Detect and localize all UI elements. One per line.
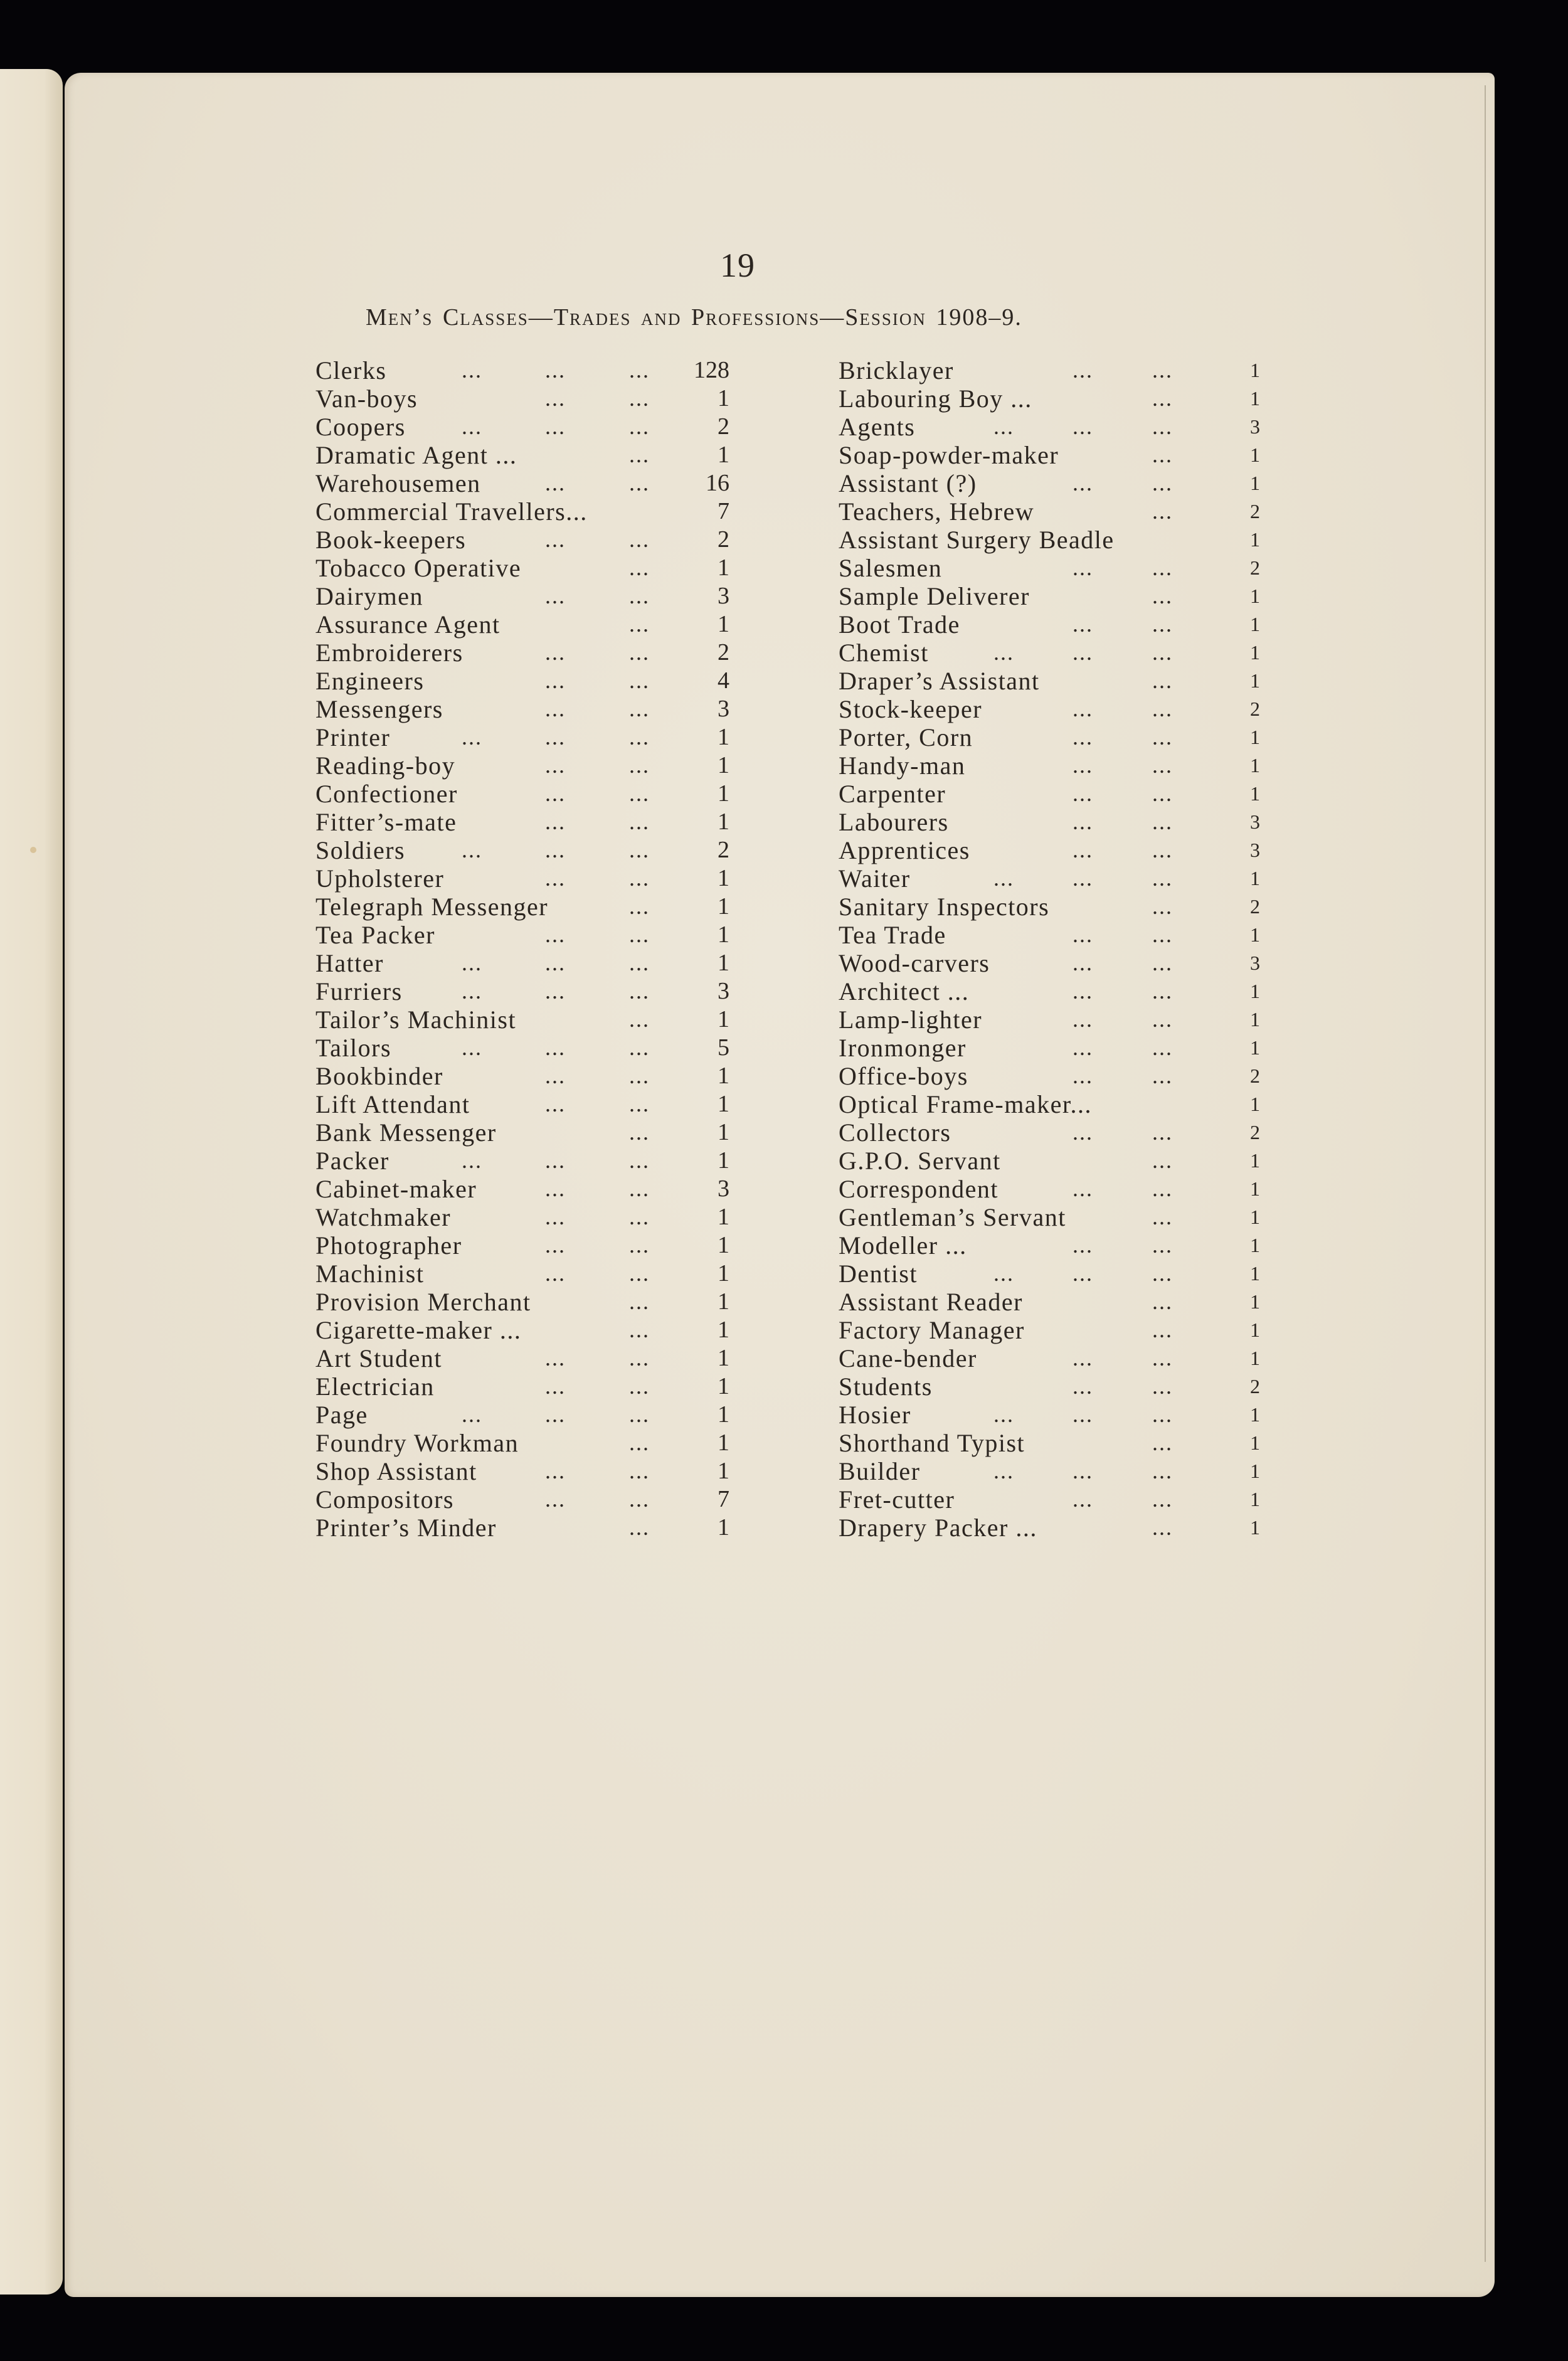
leader-dot-group: ...: [629, 893, 650, 921]
leader-dot-group: ...: [629, 751, 650, 780]
occupation-count: 2: [718, 639, 729, 667]
occupation-count: 1: [718, 1005, 729, 1034]
leader-dot-group: ...: [1152, 949, 1173, 977]
table-row: Assistant Reader...1: [839, 1288, 1260, 1316]
page-number: 19: [720, 246, 755, 285]
occupation-name: Sample Deliverer: [839, 582, 1030, 610]
occupation-name: Porter, Corn: [839, 723, 973, 751]
leader-dot-group: ...: [1152, 1401, 1173, 1429]
leader-dot-group: ...: [545, 1231, 566, 1260]
occupation-name: Builder: [839, 1457, 920, 1485]
occupation-name: Wood-carvers: [839, 949, 990, 977]
occupation-count: 2: [1250, 893, 1260, 921]
leader-dot-group: ...: [629, 949, 650, 977]
leader-dot-group: ...: [545, 723, 566, 751]
leader-dot-group: ...: [545, 921, 566, 949]
table-row: Correspondent......1: [839, 1175, 1260, 1203]
occupation-count: 1: [718, 554, 729, 582]
table-row: Sanitary Inspectors...2: [839, 893, 1260, 921]
table-row: Warehousemen......16: [315, 469, 729, 497]
leader-dot-group: ...: [462, 977, 482, 1005]
occupation-name: Assistant (?): [839, 469, 977, 497]
table-row: Lamp-lighter......1: [839, 1005, 1260, 1034]
table-row: Waiter.........1: [839, 864, 1260, 893]
table-row: Furriers.........3: [315, 977, 729, 1005]
occupation-count: 3: [718, 1175, 729, 1203]
leader-dot-group: ...: [629, 1203, 650, 1231]
occupation-name: Hatter: [315, 949, 384, 977]
leader-dot-group: ...: [1073, 1344, 1093, 1372]
occupation-count: 1: [718, 610, 729, 639]
occupation-name: G.P.O. Servant: [839, 1147, 1001, 1175]
occupation-name: Tea Packer: [315, 921, 435, 949]
leader-dot-group: ...: [545, 1203, 566, 1231]
leader-dot-group: ...: [545, 780, 566, 808]
leader-dot-group: ...: [545, 526, 566, 554]
occupation-count: 1: [1250, 1090, 1260, 1118]
leader-dot-group: ...: [629, 1118, 650, 1147]
leader-dot-group: ...: [1152, 1062, 1173, 1090]
occupation-name: Cabinet-maker: [315, 1175, 477, 1203]
leader-dot-group: ...: [1073, 610, 1093, 639]
table-row: Tailor’s Machinist...1: [315, 1005, 729, 1034]
table-row: Factory Manager...1: [839, 1316, 1260, 1344]
occupation-count: 2: [718, 413, 729, 441]
table-row: Labouring Boy ......1: [839, 385, 1260, 413]
occupation-count: 1: [1250, 921, 1260, 949]
table-row: Commercial Travellers...7: [315, 497, 729, 526]
table-row: Confectioner......1: [315, 780, 729, 808]
leader-dot-group: ...: [1152, 1203, 1173, 1231]
leader-dot-group: ...: [629, 469, 650, 497]
occupation-name: Printer: [315, 723, 390, 751]
occupation-count: 2: [1250, 1062, 1260, 1090]
leader-dot-group: ...: [629, 864, 650, 893]
occupation-name: Bricklayer: [839, 356, 954, 385]
leader-dot-group: ...: [1152, 695, 1173, 723]
occupation-name: Coopers: [315, 413, 406, 441]
occupation-count: 1: [718, 1429, 729, 1457]
occupation-name: Office-boys: [839, 1062, 968, 1090]
occupation-count: 1: [1250, 582, 1260, 610]
occupation-count: 2: [1250, 497, 1260, 526]
occupation-count: 2: [1250, 1118, 1260, 1147]
leader-dot-group: ...: [1073, 751, 1093, 780]
table-row: Engineers......4: [315, 667, 729, 695]
occupation-count: 1: [718, 1316, 729, 1344]
table-row: Page.........1: [315, 1401, 729, 1429]
leader-dot-group: ...: [1152, 667, 1173, 695]
occupation-name: Bookbinder: [315, 1062, 443, 1090]
occupation-name: Art Student: [315, 1344, 442, 1372]
right-column-table: Bricklayer......1Labouring Boy ......1Ag…: [839, 356, 1260, 1542]
leader-dot-group: ...: [545, 385, 566, 413]
occupation-count: 7: [718, 1485, 729, 1514]
occupation-name: Assistant Surgery Beadle: [839, 526, 1115, 554]
occupation-name: Waiter: [839, 864, 911, 893]
leader-dot-group: ...: [1152, 356, 1173, 385]
occupation-count: 1: [1250, 385, 1260, 413]
occupation-count: 1: [1250, 723, 1260, 751]
leader-dot-group: ...: [545, 949, 566, 977]
table-row: Handy-man......1: [839, 751, 1260, 780]
table-row: Machinist......1: [315, 1260, 729, 1288]
occupation-name: Commercial Travellers...: [315, 497, 588, 526]
leader-dot-group: ...: [629, 1034, 650, 1062]
occupation-name: Messengers: [315, 695, 443, 723]
leader-dot-group: ...: [545, 1090, 566, 1118]
leader-dot-group: ...: [545, 582, 566, 610]
occupation-name: Packer: [315, 1147, 389, 1175]
table-row: Carpenter......1: [839, 780, 1260, 808]
leader-dot-group: ...: [1152, 1147, 1173, 1175]
occupation-count: 1: [718, 385, 729, 413]
leader-dot-group: ...: [1152, 1372, 1173, 1401]
occupation-count: 1: [718, 1288, 729, 1316]
leader-dot-group: ...: [629, 836, 650, 864]
table-row: Watchmaker......1: [315, 1203, 729, 1231]
leader-dot-group: ...: [629, 639, 650, 667]
table-row: Photographer......1: [315, 1231, 729, 1260]
leader-dot-group: ...: [1152, 1231, 1173, 1260]
occupation-count: 1: [1250, 1147, 1260, 1175]
leader-dot-group: ...: [1073, 780, 1093, 808]
occupation-name: Modeller ...: [839, 1231, 967, 1260]
occupation-name: Embroiderers: [315, 639, 464, 667]
occupation-count: 1: [718, 1514, 729, 1542]
leader-dot-group: ...: [629, 1457, 650, 1485]
occupation-count: 1: [718, 893, 729, 921]
leader-dot-group: ...: [1152, 582, 1173, 610]
leader-dot-group: ...: [1073, 949, 1093, 977]
page-edge-line: [1485, 85, 1486, 2262]
occupation-count: 3: [718, 582, 729, 610]
table-row: Soap-powder-maker...1: [839, 441, 1260, 469]
leader-dot-group: ...: [545, 413, 566, 441]
table-row: Bank Messenger...1: [315, 1118, 729, 1147]
table-row: Hatter.........1: [315, 949, 729, 977]
occupation-count: 1: [1250, 1514, 1260, 1542]
occupation-name: Cigarette-maker ...: [315, 1316, 521, 1344]
occupation-name: Fitter’s-mate: [315, 808, 457, 836]
leader-dot-group: ...: [545, 1175, 566, 1203]
leader-dot-group: ...: [1073, 1118, 1093, 1147]
occupation-name: Machinist: [315, 1260, 424, 1288]
occupation-count: 1: [718, 1231, 729, 1260]
table-row: Collectors......2: [839, 1118, 1260, 1147]
leader-dot-group: ...: [1073, 1231, 1093, 1260]
leader-dot-group: ...: [1073, 1457, 1093, 1485]
occupation-count: 3: [1250, 949, 1260, 977]
occupation-count: 1: [718, 949, 729, 977]
occupation-name: Dentist: [839, 1260, 918, 1288]
leader-dot-group: ...: [1073, 977, 1093, 1005]
leader-dot-group: ...: [993, 413, 1014, 441]
leader-dot-group: ...: [545, 836, 566, 864]
leader-dot-group: ...: [629, 1514, 650, 1542]
leader-dot-group: ...: [629, 441, 650, 469]
occupation-name: Tailor’s Machinist: [315, 1005, 516, 1034]
leader-dot-group: ...: [1152, 1175, 1173, 1203]
table-row: Teachers, Hebrew...2: [839, 497, 1260, 526]
leader-dot-group: ...: [1152, 836, 1173, 864]
leader-dot-group: ...: [462, 1401, 482, 1429]
leader-dot-group: ...: [629, 1429, 650, 1457]
occupation-name: Bank Messenger: [315, 1118, 497, 1147]
leader-dot-group: ...: [545, 1457, 566, 1485]
leader-dot-group: ...: [1073, 554, 1093, 582]
occupation-count: 3: [1250, 836, 1260, 864]
occupation-count: 1: [718, 921, 729, 949]
occupation-count: 1: [1250, 639, 1260, 667]
table-row: Assistant Surgery Beadle1: [839, 526, 1260, 554]
occupation-count: 5: [718, 1034, 729, 1062]
leader-dot-group: ...: [1073, 356, 1093, 385]
occupation-count: 3: [1250, 413, 1260, 441]
leader-dot-group: ...: [1152, 554, 1173, 582]
occupation-count: 1: [1250, 667, 1260, 695]
leader-dot-group: ...: [545, 356, 566, 385]
table-row: Hosier.........1: [839, 1401, 1260, 1429]
table-row: Fret-cutter......1: [839, 1485, 1260, 1514]
leader-dot-group: ...: [1073, 469, 1093, 497]
table-row: Cabinet-maker......3: [315, 1175, 729, 1203]
occupation-count: 1: [1250, 1288, 1260, 1316]
leader-dot-group: ...: [629, 780, 650, 808]
occupation-count: 1: [1250, 751, 1260, 780]
leader-dot-group: ...: [629, 808, 650, 836]
occupation-count: 2: [718, 526, 729, 554]
leader-dot-group: ...: [1073, 695, 1093, 723]
table-row: Cane-bender......1: [839, 1344, 1260, 1372]
leader-dot-group: ...: [629, 1316, 650, 1344]
occupation-count: 1: [1250, 780, 1260, 808]
leader-dot-group: ...: [545, 864, 566, 893]
occupation-count: 1: [1250, 1316, 1260, 1344]
occupation-name: Architect ...: [839, 977, 969, 1005]
occupation-name: Dairymen: [315, 582, 423, 610]
occupation-name: Gentleman’s Servant: [839, 1203, 1066, 1231]
table-row: Foundry Workman...1: [315, 1429, 729, 1457]
leader-dot-group: ...: [1073, 1005, 1093, 1034]
occupation-name: Ironmonger: [839, 1034, 967, 1062]
leader-dot-group: ...: [629, 667, 650, 695]
occupation-count: 1: [1250, 1485, 1260, 1514]
table-row: Builder.........1: [839, 1457, 1260, 1485]
occupation-name: Chemist: [839, 639, 929, 667]
left-column-table: Clerks.........128Van-boys......1Coopers…: [315, 356, 729, 1542]
leader-dot-group: ...: [1152, 1034, 1173, 1062]
occupation-name: Dramatic Agent ...: [315, 441, 517, 469]
leader-dot-group: ...: [1073, 639, 1093, 667]
leader-dot-group: ...: [1152, 413, 1173, 441]
table-row: Shop Assistant......1: [315, 1457, 729, 1485]
leader-dot-group: ...: [545, 469, 566, 497]
occupation-name: Handy-man: [839, 751, 965, 780]
table-row: Provision Merchant...1: [315, 1288, 729, 1316]
table-row: Coopers.........2: [315, 413, 729, 441]
leader-dot-group: ...: [1152, 977, 1173, 1005]
leader-dot-group: ...: [1073, 1034, 1093, 1062]
occupation-count: 1: [718, 1062, 729, 1090]
occupation-count: 1: [718, 1147, 729, 1175]
occupation-count: 1: [718, 1401, 729, 1429]
occupation-name: Factory Manager: [839, 1316, 1025, 1344]
occupation-name: Shop Assistant: [315, 1457, 477, 1485]
occupation-name: Upholsterer: [315, 864, 444, 893]
table-row: G.P.O. Servant...1: [839, 1147, 1260, 1175]
occupation-count: 1: [718, 780, 729, 808]
table-row: Reading-boy......1: [315, 751, 729, 780]
occupation-count: 1: [1250, 1457, 1260, 1485]
table-row: Printer’s Minder...1: [315, 1514, 729, 1542]
leader-dot-group: ...: [993, 1457, 1014, 1485]
leader-dot-group: ...: [629, 977, 650, 1005]
leader-dot-group: ...: [1073, 723, 1093, 751]
occupation-count: 1: [1250, 1344, 1260, 1372]
occupation-name: Shorthand Typist: [839, 1429, 1025, 1457]
occupation-name: Optical Frame-maker...: [839, 1090, 1092, 1118]
occupation-count: 1: [1250, 469, 1260, 497]
leader-dot-group: ...: [1152, 639, 1173, 667]
occupation-name: Collectors: [839, 1118, 951, 1147]
leader-dot-group: ...: [629, 1288, 650, 1316]
occupation-count: 1: [718, 1457, 729, 1485]
table-row: Dentist.........1: [839, 1260, 1260, 1288]
leader-dot-group: ...: [545, 695, 566, 723]
leader-dot-group: ...: [993, 864, 1014, 893]
occupation-count: 1: [1250, 1203, 1260, 1231]
occupation-count: 1: [1250, 1231, 1260, 1260]
leader-dot-group: ...: [629, 1147, 650, 1175]
table-row: Tobacco Operative...1: [315, 554, 729, 582]
leader-dot-group: ...: [1152, 723, 1173, 751]
occupation-name: Warehousemen: [315, 469, 481, 497]
leader-dot-group: ...: [1073, 1485, 1093, 1514]
table-row: Assurance Agent...1: [315, 610, 729, 639]
leader-dot-group: ...: [462, 356, 482, 385]
leader-dot-group: ...: [462, 1034, 482, 1062]
occupation-count: 1: [1250, 1429, 1260, 1457]
occupation-name: Tailors: [315, 1034, 391, 1062]
occupation-name: Labouring Boy ...: [839, 385, 1032, 413]
leader-dot-group: ...: [1152, 808, 1173, 836]
occupation-count: 1: [718, 751, 729, 780]
occupation-name: Boot Trade: [839, 610, 960, 639]
facing-page-edge: [0, 69, 63, 2295]
leader-dot-group: ...: [1152, 1288, 1173, 1316]
occupation-count: 16: [706, 469, 729, 497]
occupation-name: Compositors: [315, 1485, 454, 1514]
occupation-count: 1: [1250, 610, 1260, 639]
table-row: Van-boys......1: [315, 385, 729, 413]
occupation-count: 1: [1250, 977, 1260, 1005]
occupation-name: Fret-cutter: [839, 1485, 955, 1514]
leader-dot-group: ...: [545, 808, 566, 836]
table-row: Bricklayer......1: [839, 356, 1260, 385]
table-row: Electrician......1: [315, 1372, 729, 1401]
table-row: Soldiers.........2: [315, 836, 729, 864]
occupation-name: Assurance Agent: [315, 610, 501, 639]
table-row: Gentleman’s Servant...1: [839, 1203, 1260, 1231]
occupation-name: Hosier: [839, 1401, 911, 1429]
leader-dot-group: ...: [545, 751, 566, 780]
table-row: Tea Packer......1: [315, 921, 729, 949]
leader-dot-group: ...: [1152, 921, 1173, 949]
leader-dot-group: ...: [1073, 413, 1093, 441]
table-row: Dairymen......3: [315, 582, 729, 610]
occupation-count: 3: [718, 977, 729, 1005]
occupation-name: Stock-keeper: [839, 695, 982, 723]
occupation-name: Soldiers: [315, 836, 405, 864]
leader-dot-group: ...: [1152, 1429, 1173, 1457]
table-row: Stock-keeper......2: [839, 695, 1260, 723]
occupation-count: 1: [1250, 1005, 1260, 1034]
leader-dot-group: ...: [545, 1485, 566, 1514]
occupation-count: 1: [718, 441, 729, 469]
occupation-name: Van-boys: [315, 385, 418, 413]
occupation-count: 1: [718, 1118, 729, 1147]
leader-dot-group: ...: [545, 1344, 566, 1372]
table-row: Shorthand Typist...1: [839, 1429, 1260, 1457]
table-row: Wood-carvers......3: [839, 949, 1260, 977]
occupation-count: 1: [1250, 441, 1260, 469]
table-row: Draper’s Assistant...1: [839, 667, 1260, 695]
table-row: Fitter’s-mate......1: [315, 808, 729, 836]
leader-dot-group: ...: [1152, 1514, 1173, 1542]
occupation-name: Agents: [839, 413, 915, 441]
leader-dot-group: ...: [1152, 610, 1173, 639]
leader-dot-group: ...: [1152, 1005, 1173, 1034]
leader-dot-group: ...: [545, 1062, 566, 1090]
occupation-count: 1: [1250, 1034, 1260, 1062]
leader-dot-group: ...: [462, 836, 482, 864]
occupation-name: Cane-bender: [839, 1344, 977, 1372]
occupation-name: Foundry Workman: [315, 1429, 519, 1457]
table-row: Compositors......7: [315, 1485, 729, 1514]
occupation-count: 1: [1250, 1401, 1260, 1429]
occupation-count: 1: [1250, 356, 1260, 385]
table-row: Salesmen......2: [839, 554, 1260, 582]
table-row: Tea Trade......1: [839, 921, 1260, 949]
table-row: Assistant (?)......1: [839, 469, 1260, 497]
leader-dot-group: ...: [545, 639, 566, 667]
leader-dot-group: ...: [629, 413, 650, 441]
page-heading: Men’s Classes—Trades and Professions—Ses…: [366, 304, 1022, 331]
leader-dot-group: ...: [462, 723, 482, 751]
occupation-name: Salesmen: [839, 554, 942, 582]
occupation-name: Clerks: [315, 356, 386, 385]
table-row: Modeller .........1: [839, 1231, 1260, 1260]
leader-dot-group: ...: [629, 723, 650, 751]
book-page: [65, 73, 1495, 2297]
table-row: Office-boys......2: [839, 1062, 1260, 1090]
table-row: Architect .........1: [839, 977, 1260, 1005]
paper-spot: [30, 847, 36, 853]
occupation-name: Tea Trade: [839, 921, 946, 949]
occupation-name: Reading-boy: [315, 751, 455, 780]
occupation-name: Furriers: [315, 977, 403, 1005]
occupation-name: Lift Attendant: [315, 1090, 470, 1118]
table-row: Sample Deliverer...1: [839, 582, 1260, 610]
leader-dot-group: ...: [1152, 780, 1173, 808]
occupation-count: 3: [1250, 808, 1260, 836]
occupation-count: 3: [718, 695, 729, 723]
leader-dot-group: ...: [993, 1260, 1014, 1288]
table-row: Lift Attendant......1: [315, 1090, 729, 1118]
leader-dot-group: ...: [1073, 1175, 1093, 1203]
occupation-name: Electrician: [315, 1372, 435, 1401]
